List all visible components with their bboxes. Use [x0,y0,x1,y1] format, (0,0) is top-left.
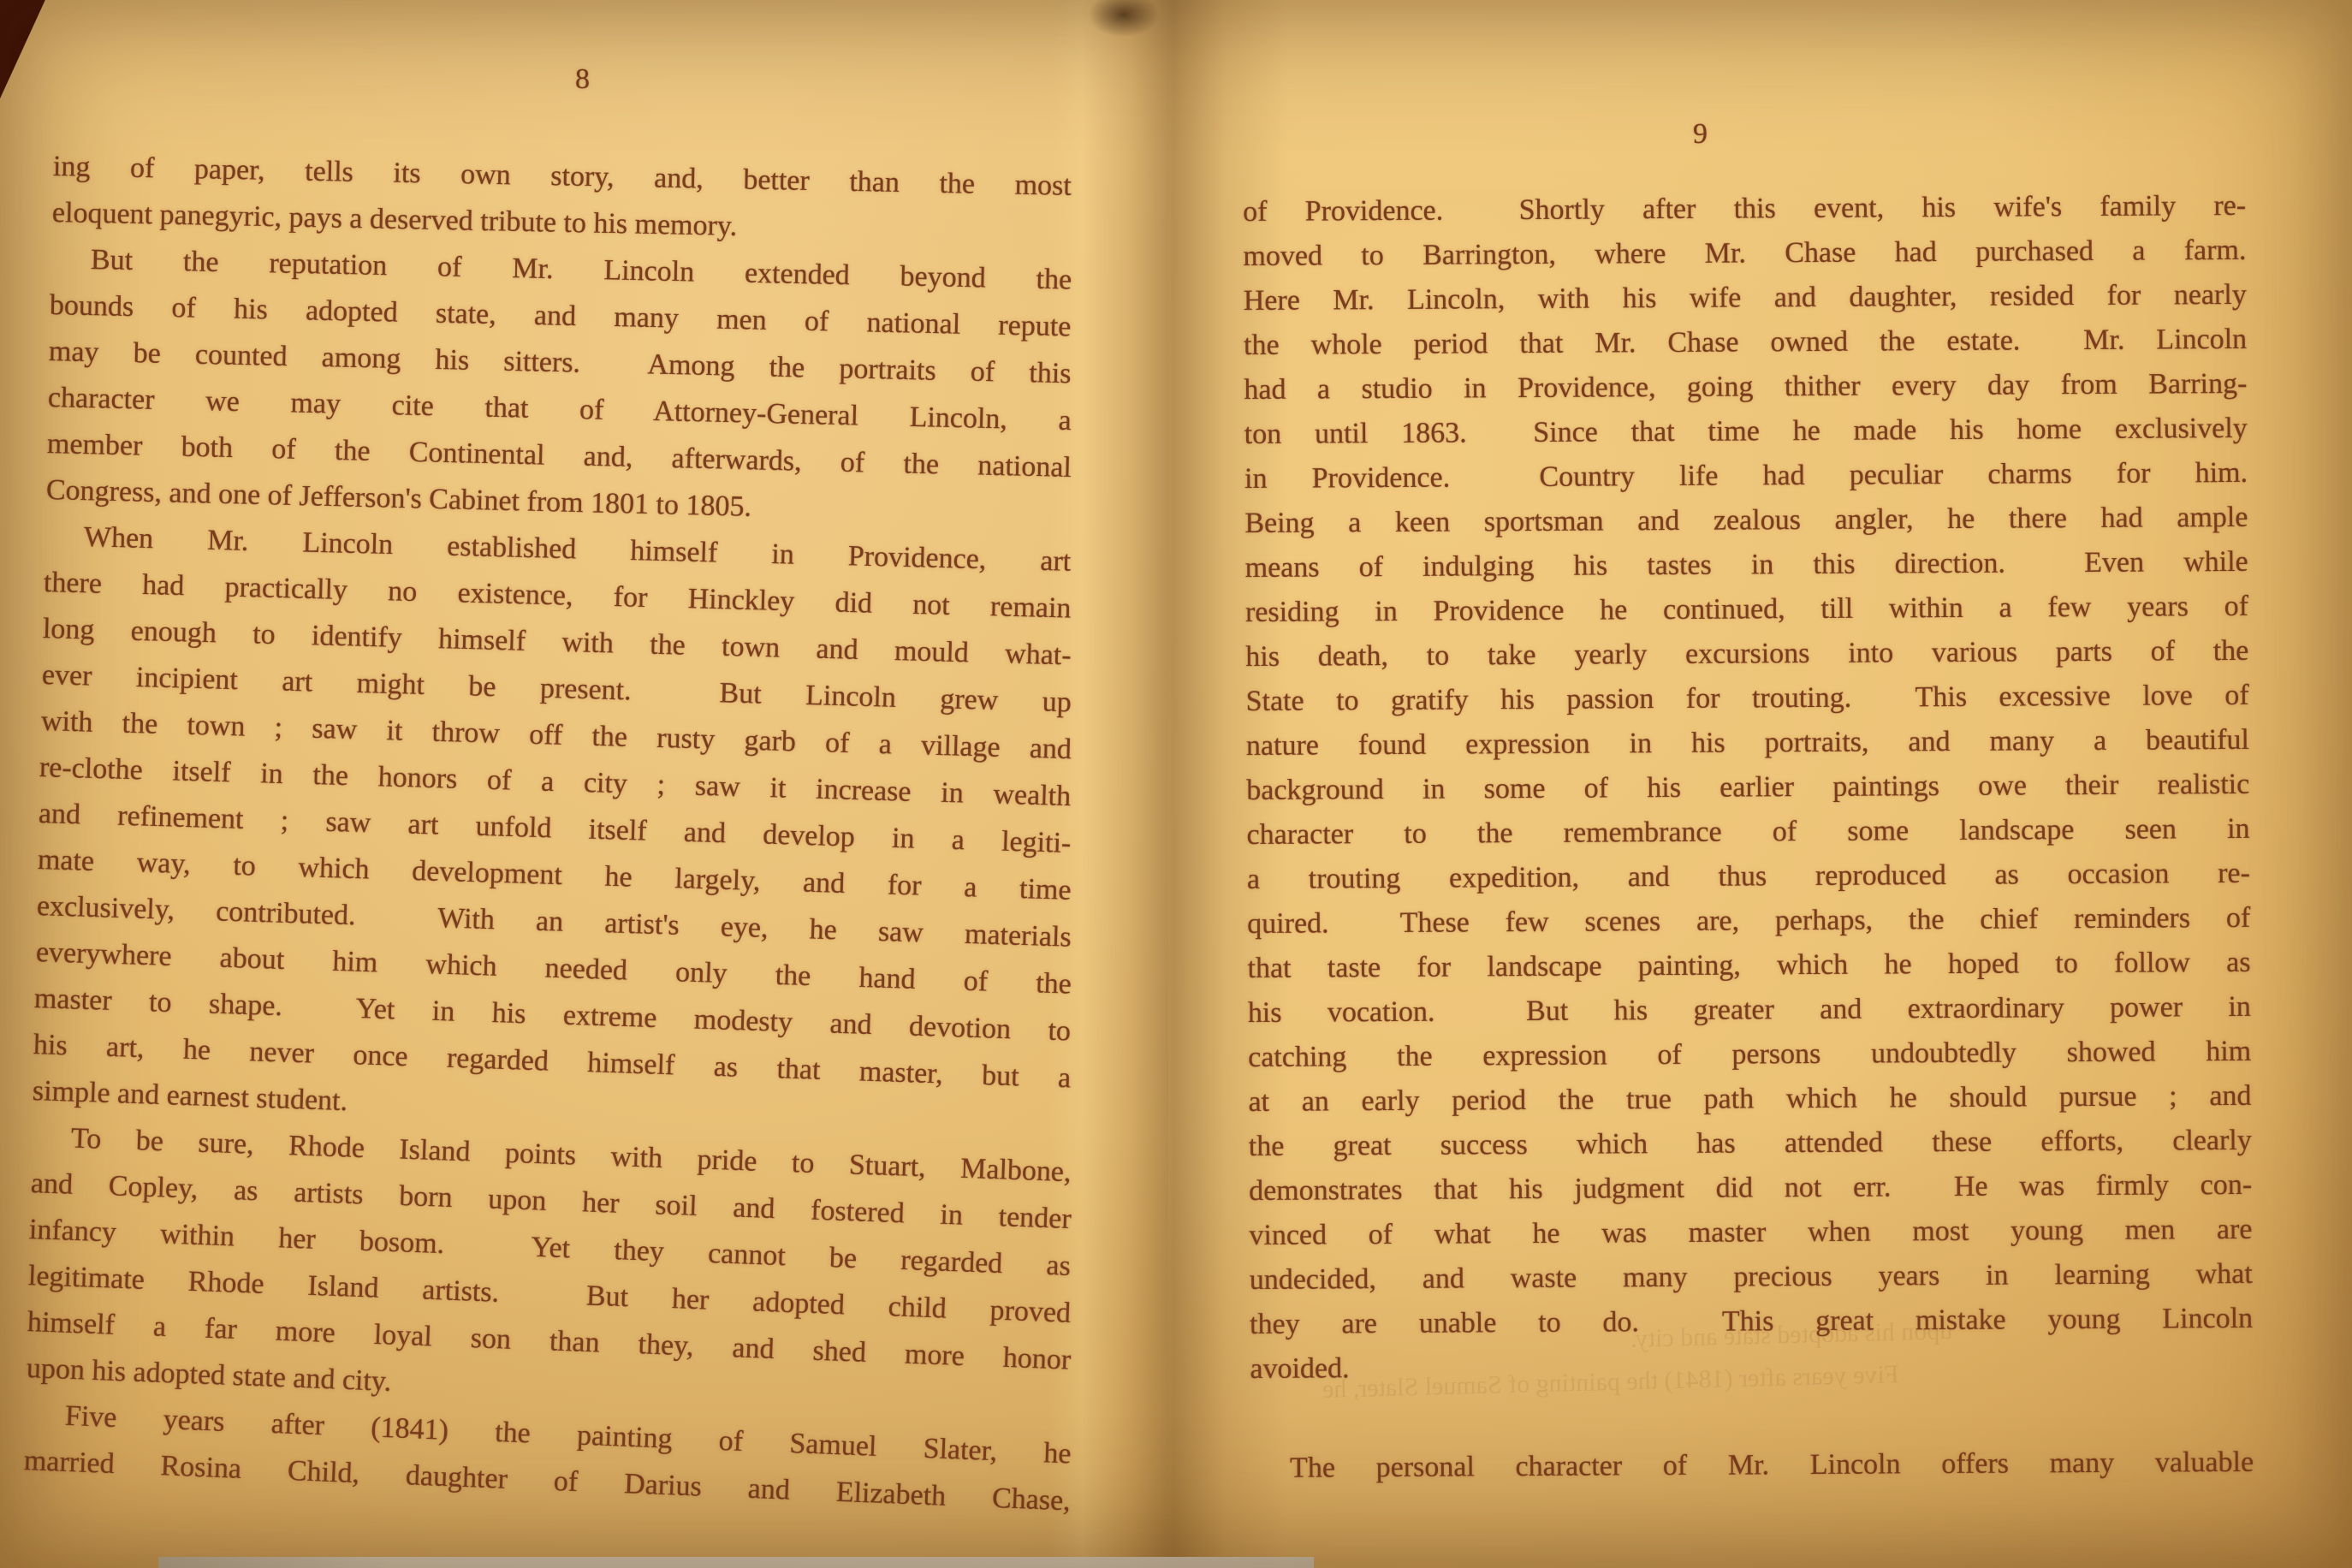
right-page-text: of Providence. Shortly after this event,… [1243,184,2254,1491]
text-line: State to gratify his passion for troutin… [1245,674,2248,724]
text-line: a trouting expedition, and thus reproduc… [1247,852,2250,902]
text-line: at an early period the true path which h… [1248,1074,2251,1125]
text-line: ton until 1863. Since that time he made … [1244,407,2248,457]
text-line: they are unable to do. This great mistak… [1250,1297,2253,1347]
text-line: the whole period that Mr. Chase owned th… [1244,318,2247,368]
text-line: in Providence. Country life had peculiar… [1244,451,2248,502]
text-line: vinced of what he was master when most y… [1249,1208,2252,1258]
text-line: undecided, and waste many precious years… [1250,1252,2253,1303]
text-line: that taste for landscape painting, which… [1247,941,2250,991]
text-line: Being a keen sportsman and zealous angle… [1244,496,2248,546]
left-page-number: 8 [575,63,591,96]
text-line: residing in Providence he continued, til… [1245,585,2248,635]
text-line: demonstrates that his judgment did not e… [1249,1163,2252,1214]
text-line: background in some of his earlier painti… [1246,763,2249,813]
text-line: his vocation. But his greater and extrao… [1248,985,2251,1036]
text-line: nature found expression in his portraits… [1246,718,2249,769]
left-page-text: ing of paper, tells its own story, and, … [53,144,1072,1484]
text-line: of Providence. Shortly after this event,… [1243,184,2246,235]
text-line: had a studio in Providence, going thithe… [1244,362,2247,413]
text-line: quired. These few scenes are, perhaps, t… [1247,896,2250,947]
book-photo: 8 9 ing of paper, tells its own story, a… [0,0,2352,1568]
page-bottom-edge [158,1557,1314,1568]
text-line: avoided. [1250,1341,2253,1392]
right-page-number: 9 [1693,118,1708,151]
text-line: means of indulging his tastes in this di… [1245,540,2248,591]
text-line: his death, to take yearly excursions int… [1245,629,2248,680]
text-line: character to the remembrance of some lan… [1246,807,2249,858]
closing-paragraph-line: The personal character of Mr. Lincoln of… [1250,1440,2254,1491]
text-line: Here Mr. Lincoln, with his wife and daug… [1244,273,2247,324]
text-line: the great success which has attended the… [1249,1119,2252,1169]
text-line: catching the expression of persons undou… [1248,1030,2251,1080]
text-line: moved to Barrington, where Mr. Chase had… [1243,229,2246,279]
